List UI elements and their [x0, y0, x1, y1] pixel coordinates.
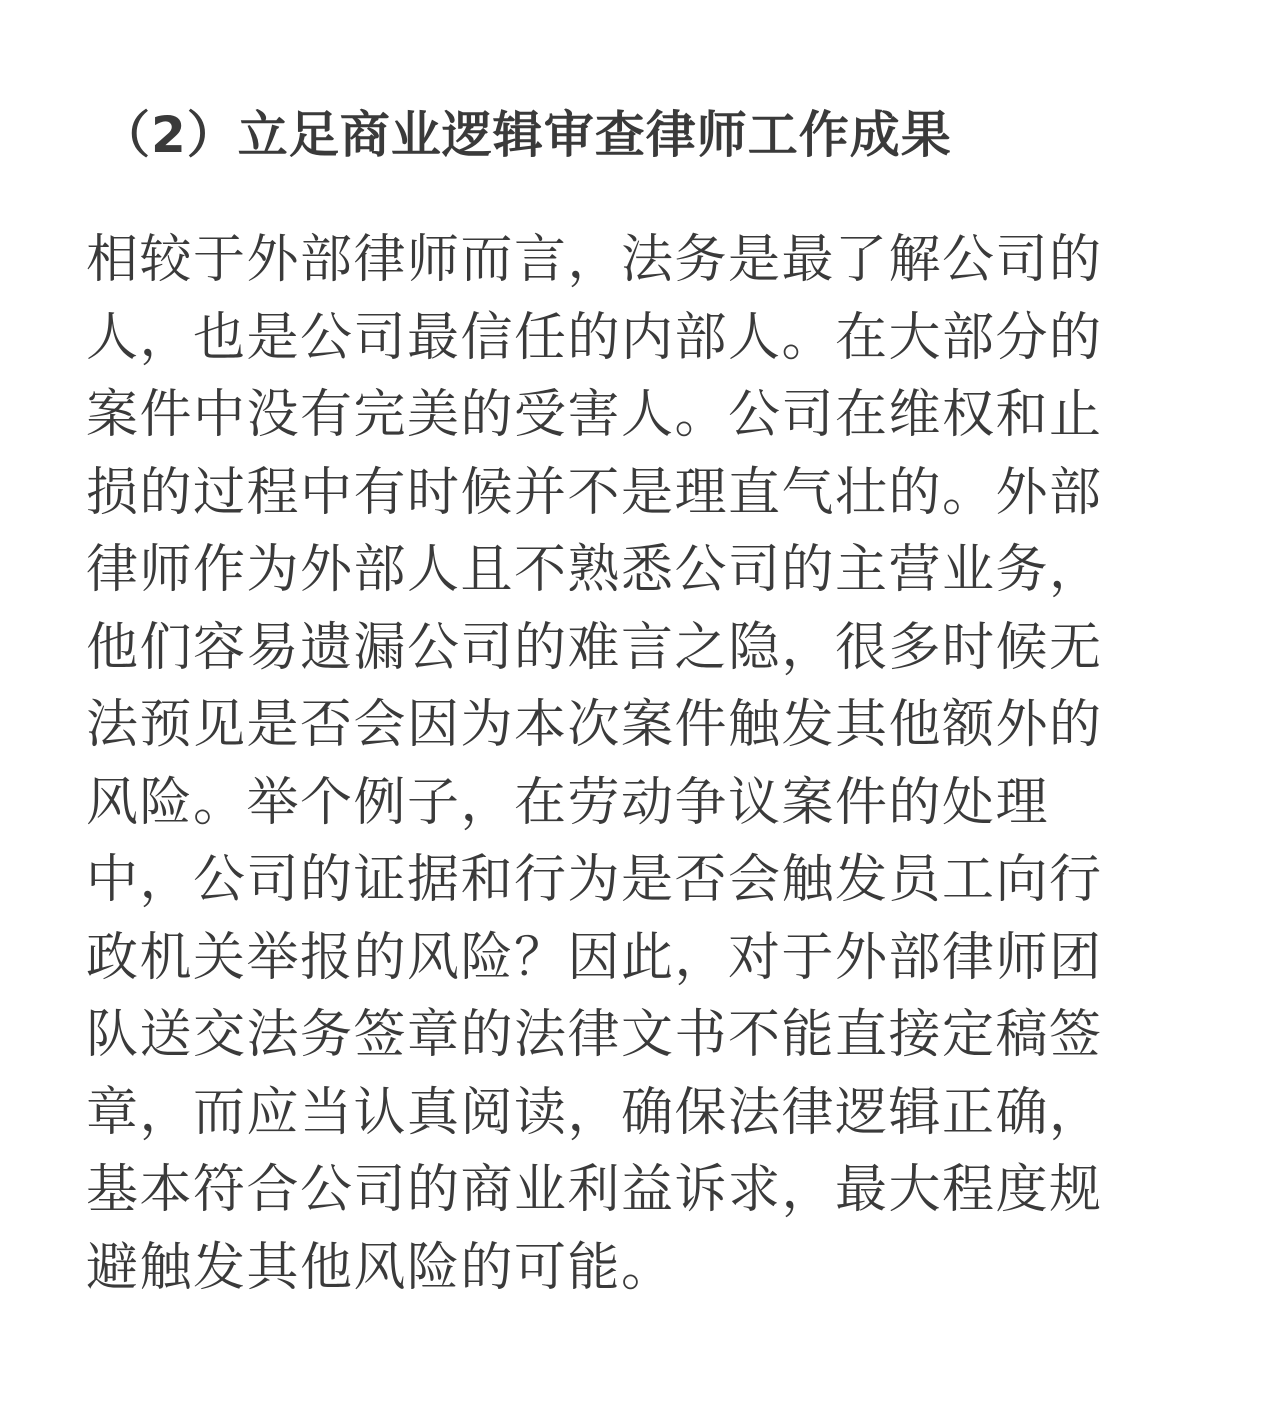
paragraph-line: 风险。举个例子，在劳动争议案件的处理	[86, 765, 1196, 843]
paragraph-line: 队送交法务签章的法律文书不能直接定稿签	[86, 997, 1196, 1075]
paragraph-line: 法预见是否会因为本次案件触发其他额外的	[86, 687, 1196, 765]
section-heading: （2）立足商业逻辑审查律师工作成果	[100, 100, 952, 170]
paragraph-line: 相较于外部律师而言，法务是最了解公司的	[86, 222, 1196, 300]
paragraph-line: 律师作为外部人且不熟悉公司的主营业务，	[86, 532, 1196, 610]
article-body: 相较于外部律师而言，法务是最了解公司的 人，也是公司最信任的内部人。在大部分的 …	[86, 222, 1196, 1307]
paragraph-line: 损的过程中有时候并不是理直气壮的。外部	[86, 455, 1196, 533]
paragraph-line: 人，也是公司最信任的内部人。在大部分的	[86, 300, 1196, 378]
paragraph-line: 章，而应当认真阅读，确保法律逻辑正确，	[86, 1075, 1196, 1153]
paragraph-line: 中，公司的证据和行为是否会触发员工向行	[86, 842, 1196, 920]
paragraph-line: 他们容易遗漏公司的难言之隐，很多时候无	[86, 610, 1196, 688]
paragraph-line: 基本符合公司的商业利益诉求，最大程度规	[86, 1152, 1196, 1230]
paragraph-line: 避触发其他风险的可能。	[86, 1230, 1196, 1308]
paragraph-line: 案件中没有完美的受害人。公司在维权和止	[86, 377, 1196, 455]
paragraph-line: 政机关举报的风险？因此，对于外部律师团	[86, 920, 1196, 998]
